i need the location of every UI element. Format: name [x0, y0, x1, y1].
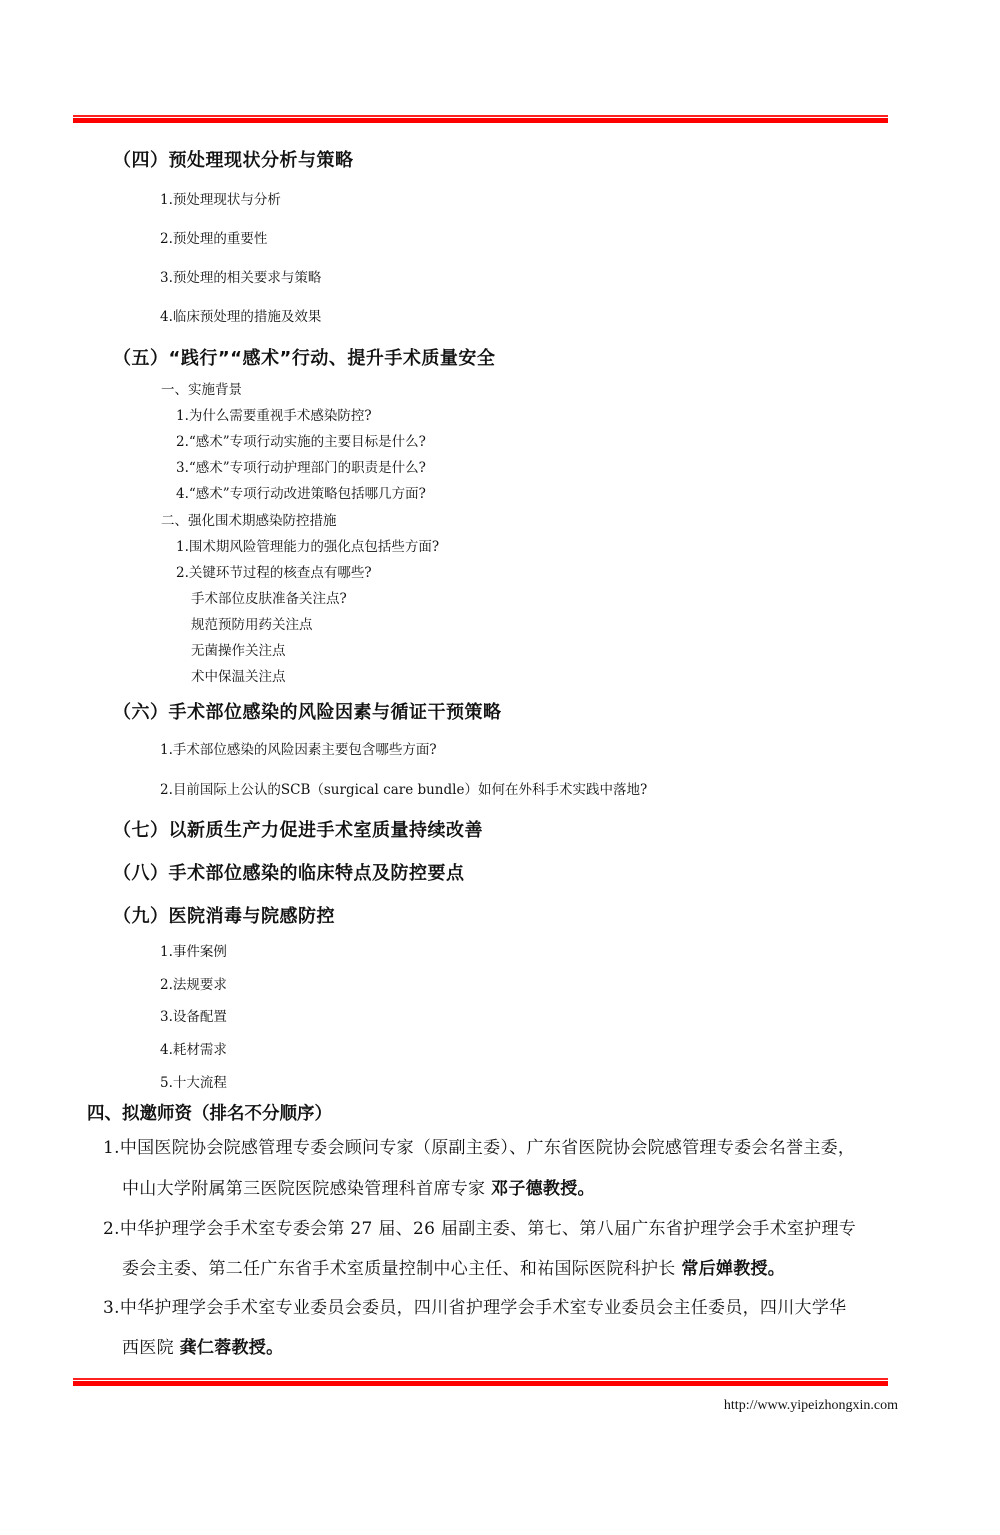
subsection-title: 一、实施背景	[161, 378, 242, 398]
list-item: 1.围术期风险管理能力的强化点包括些方面?	[176, 535, 439, 555]
section-heading-6: （六）手术部位感染的风险因素与循证干预策略	[113, 698, 502, 724]
faculty-name: 龚仁蓉教授。	[180, 1338, 284, 1358]
faculty-entry-2-line2: 委会主委、第二任广东省手术室质量控制中心主任、和祐国际医院科护长 常后婵教授。	[122, 1254, 785, 1279]
list-subitem: 无菌操作关注点	[191, 639, 286, 659]
faculty-entry-2-line1: 2.中华护理学会手术室专委会第 27 届、26 届副主委、第七、第八届广东省护理…	[103, 1214, 856, 1239]
faculty-entry-3-line2: 西医院 龚仁蓉教授。	[122, 1333, 283, 1358]
footer-url-link[interactable]: http://www.yipeizhongxin.com	[724, 1398, 898, 1414]
section-heading-5: （五）“践行”“感术”行动、提升手术质量安全	[113, 344, 495, 370]
faculty-entry-1-line1: 1.中国医院协会院感管理专委会顾问专家（原副主委）、广东省医院协会院感管理专委会…	[103, 1133, 855, 1158]
faculty-entry-1-line2: 中山大学附属第三医院医院感染管理科首席专家 邓子德教授。	[122, 1174, 595, 1199]
list-item: 2.预处理的重要性	[160, 227, 267, 247]
list-item: 3.预处理的相关要求与策略	[160, 266, 321, 286]
faculty-heading: 四、拟邀师资（排名不分顺序）	[87, 1100, 332, 1125]
list-subitem: 规范预防用药关注点	[191, 613, 313, 633]
list-subitem: 术中保温关注点	[191, 665, 286, 685]
list-item: 3.“感术”专项行动护理部门的职责是什么?	[176, 456, 426, 476]
faculty-affiliation: 西医院	[122, 1338, 180, 1358]
list-item: 2.目前国际上公认的SCB（surgical care bundle）如何在外科…	[160, 778, 647, 798]
faculty-name: 邓子德教授。	[491, 1179, 595, 1199]
list-item: 1.预处理现状与分析	[160, 188, 281, 208]
list-item: 4.临床预处理的措施及效果	[160, 305, 321, 325]
list-item: 1.为什么需要重视手术感染防控?	[176, 404, 372, 424]
list-item: 4.耗材需求	[160, 1038, 227, 1058]
list-item: 1.手术部位感染的风险因素主要包含哪些方面?	[160, 738, 437, 758]
list-item: 1.事件案例	[160, 940, 227, 960]
list-item: 5.十大流程	[160, 1071, 227, 1091]
section-heading-8: （八）手术部位感染的临床特点及防控要点	[113, 859, 465, 885]
list-item: 4.“感术”专项行动改进策略包括哪几方面?	[176, 482, 426, 502]
list-item: 2.法规要求	[160, 973, 227, 993]
faculty-name: 常后婵教授。	[681, 1259, 785, 1279]
section-heading-9: （九）医院消毒与院感防控	[113, 902, 335, 928]
list-subitem: 手术部位皮肤准备关注点?	[191, 587, 347, 607]
faculty-affiliation: 委会主委、第二任广东省手术室质量控制中心主任、和祐国际医院科护长	[122, 1259, 681, 1279]
header-rule	[73, 115, 888, 125]
footer-rule	[73, 1378, 888, 1388]
faculty-affiliation: 中山大学附属第三医院医院感染管理科首席专家	[122, 1179, 491, 1199]
list-item: 2.关键环节过程的核查点有哪些?	[176, 561, 372, 581]
faculty-entry-3-line1: 3.中华护理学会手术室专业委员会委员，四川省护理学会手术室专业委员会主任委员，四…	[103, 1293, 846, 1318]
list-item: 3.设备配置	[160, 1005, 227, 1025]
section-heading-4: （四）预处理现状分析与策略	[113, 146, 354, 172]
subsection-title: 二、强化围术期感染防控措施	[161, 509, 337, 529]
list-item: 2.“感术”专项行动实施的主要目标是什么?	[176, 430, 426, 450]
section-heading-7: （七）以新质生产力促进手术室质量持续改善	[113, 816, 483, 842]
